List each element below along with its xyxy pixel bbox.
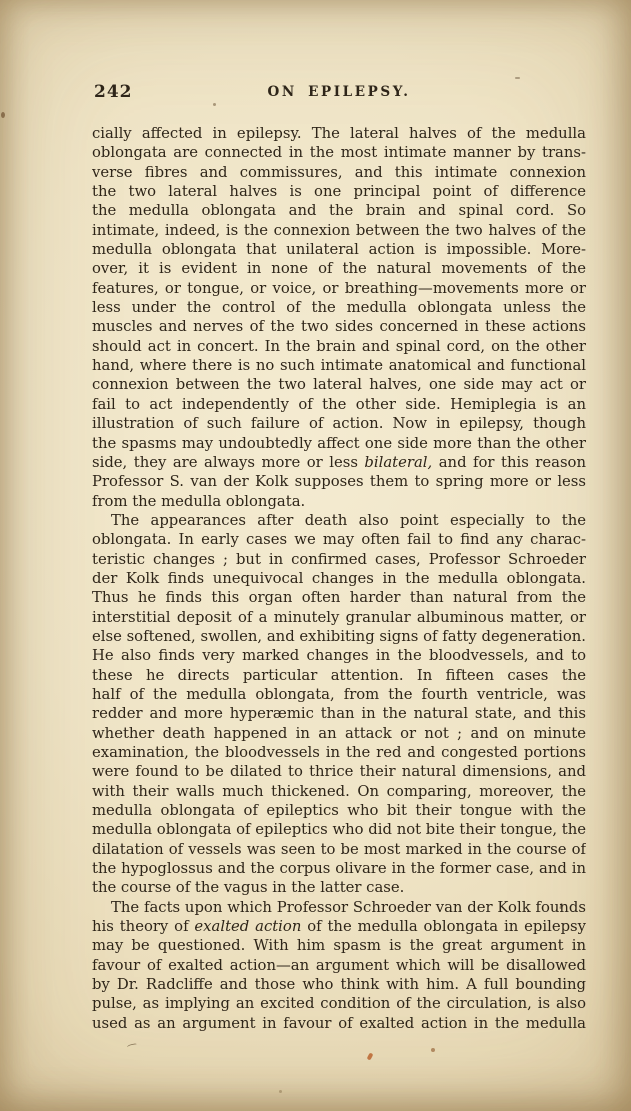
text-segment: medulla oblongata that unilateral action…	[92, 241, 586, 258]
paper-stain	[367, 1052, 374, 1060]
text-segment: muscles and nerves of the two sides conc…	[92, 318, 586, 335]
text-line: medulla oblongata of epileptics who did …	[92, 820, 586, 839]
text-line: teristic changes ; but in confirmed case…	[92, 550, 586, 569]
text-segment: should act in concert. In the brain and …	[92, 338, 586, 355]
text-segment: verse fibres and commissures, and this i…	[92, 164, 586, 182]
text-line: the two lateral halves is one principal …	[92, 182, 586, 201]
text-line: hand, where there is no such intimate an…	[92, 356, 586, 375]
text-line: should act in concert. In the brain and …	[92, 337, 586, 356]
paper-speck	[431, 1048, 435, 1052]
italic-text: bilateral,	[364, 454, 432, 471]
text-line: fail to act independently of the other s…	[92, 395, 586, 414]
text-line: favour of exalted action—an argument whi…	[92, 956, 586, 975]
text-line: may be questioned. With him spasm is the…	[92, 936, 586, 955]
text-segment: cially affected in epilepsy. The lateral…	[92, 125, 586, 142]
text-line: Professor S. van der Kolk supposes them …	[92, 472, 586, 491]
text-line: the course of the vagus in the latter ca…	[92, 878, 586, 897]
text-segment: Professor S. van der Kolk supposes them …	[92, 473, 586, 490]
text-segment: teristic changes ; but in confirmed case…	[92, 551, 586, 569]
page-header: 242 ON EPILEPSY.	[92, 82, 586, 124]
page-text: cially affected in epilepsy. The lateral…	[92, 124, 586, 1033]
text-segment: hand, where there is no such intimate an…	[92, 357, 586, 374]
text-line: with their walls much thickened. On comp…	[92, 782, 586, 801]
text-segment: The facts upon which Professor Schroeder…	[111, 899, 586, 916]
text-segment: The appearances after death also point e…	[92, 512, 586, 530]
text-segment: and for this reason	[432, 454, 586, 471]
text-line: muscles and nerves of the two sides conc…	[92, 317, 586, 336]
text-segment: features, or tongue, or voice, or breath…	[92, 280, 586, 297]
text-line: over, it is evident in none of the natur…	[92, 259, 586, 278]
text-line: oblongata are connected in the most inti…	[92, 143, 586, 162]
paper-squiggle	[127, 1043, 138, 1049]
text-segment: may be questioned. With him spasm is the…	[92, 937, 586, 954]
text-segment: the two lateral halves is one principal …	[92, 183, 586, 201]
text-line: the hypoglossus and the corpus olivare i…	[92, 859, 586, 878]
text-line: redder and more hyperæmic than in the na…	[92, 704, 586, 723]
text-line: his theory of exalted action of the medu…	[92, 917, 586, 936]
text-segment: the medulla oblongata and the brain and …	[92, 202, 586, 219]
text-line: The appearances after death also point e…	[92, 511, 586, 530]
text-line: used as an argument in favour of exalted…	[92, 1014, 586, 1033]
text-segment: medulla oblongata of epileptics who bit …	[92, 802, 586, 819]
text-segment: pulse, as implying an excited condition …	[92, 995, 586, 1012]
paragraph: The appearances after death also point e…	[92, 511, 586, 898]
text-line: less under the control of the medulla ob…	[92, 298, 586, 317]
text-line: cially affected in epilepsy. The lateral…	[92, 124, 586, 143]
running-title: ON EPILEPSY.	[92, 84, 586, 100]
text-segment: whether death happened in an attack or n…	[92, 725, 586, 742]
text-segment: the course of the vagus in the latter ca…	[92, 879, 404, 896]
italic-text: exalted action	[194, 918, 301, 935]
text-segment: half of the medulla oblongata, from the …	[92, 686, 586, 703]
text-segment: Thus he finds this organ often harder th…	[92, 589, 586, 606]
text-line: The facts upon which Professor Schroeder…	[92, 898, 586, 917]
text-segment: his theory of	[92, 918, 194, 935]
text-line: intimate, indeed, is the connexion betwe…	[92, 221, 586, 240]
paper-speck	[279, 1090, 282, 1093]
text-segment: favour of exalted action—an argument whi…	[92, 957, 586, 974]
paragraph: cially affected in epilepsy. The lateral…	[92, 124, 586, 511]
text-line: whether death happened in an attack or n…	[92, 724, 586, 743]
text-line: He also finds very marked changes in the…	[92, 646, 586, 665]
text-segment: dilatation of vessels was seen to be mos…	[92, 841, 586, 858]
text-segment: by Dr. Radcliffe and those who think wit…	[92, 976, 586, 993]
text-segment: oblongata are connected in the most inti…	[92, 144, 586, 161]
text-line: Thus he finds this organ often harder th…	[92, 588, 586, 607]
text-segment: else softened, swollen, and exhibiting s…	[92, 628, 586, 645]
text-segment: der Kolk finds unequivocal changes in th…	[92, 570, 586, 587]
text-line: side, they are always more or less bilat…	[92, 453, 586, 472]
text-line: der Kolk finds unequivocal changes in th…	[92, 569, 586, 588]
text-segment: illustration of such failure of action. …	[92, 415, 586, 432]
text-line: oblongata. In early cases we may often f…	[92, 530, 586, 549]
text-line: from the medulla oblongata.	[92, 492, 586, 511]
text-segment: the hypoglossus and the corpus olivare i…	[92, 860, 586, 877]
paper-speck	[515, 77, 520, 79]
text-segment: over, it is evident in none of the natur…	[92, 260, 586, 277]
text-segment: intimate, indeed, is the connexion betwe…	[92, 222, 586, 239]
text-line: pulse, as implying an excited condition …	[92, 994, 586, 1013]
text-segment: from the medulla oblongata.	[92, 493, 305, 510]
text-line: these he directs particular attention. I…	[92, 666, 586, 685]
text-line: by Dr. Radcliffe and those who think wit…	[92, 975, 586, 994]
text-line: were found to be dilated to thrice their…	[92, 762, 586, 781]
text-segment: oblongata. In early cases we may often f…	[92, 531, 586, 548]
text-segment: these he directs particular attention. I…	[92, 667, 586, 685]
text-line: illustration of such failure of action. …	[92, 414, 586, 433]
text-line: half of the medulla oblongata, from the …	[92, 685, 586, 704]
text-segment: medulla oblongata of epileptics who did …	[92, 821, 586, 838]
text-segment: of the medulla oblongata in epilepsy	[301, 918, 586, 935]
text-line: the spasms may undoubtedly affect one si…	[92, 434, 586, 453]
text-line: else softened, swollen, and exhibiting s…	[92, 627, 586, 646]
text-segment: were found to be dilated to thrice their…	[92, 763, 586, 780]
text-segment: with their walls much thickened. On comp…	[92, 783, 586, 800]
text-line: features, or tongue, or voice, or breath…	[92, 279, 586, 298]
text-segment: redder and more hyperæmic than in the na…	[92, 705, 586, 722]
text-segment: connexion between the two lateral halves…	[92, 376, 586, 393]
text-segment: less under the control of the medulla ob…	[92, 299, 586, 316]
text-line: interstitial deposit of a minutely granu…	[92, 608, 586, 627]
text-segment: used as an argument in favour of exalted…	[92, 1015, 586, 1032]
text-segment: fail to act independently of the other s…	[92, 396, 586, 413]
text-line: verse fibres and commissures, and this i…	[92, 163, 586, 182]
text-segment: interstitial deposit of a minutely granu…	[92, 609, 586, 626]
text-line: medulla oblongata that unilateral action…	[92, 240, 586, 259]
paper-speck	[1, 112, 5, 118]
text-line: medulla oblongata of epileptics who bit …	[92, 801, 586, 820]
text-line: examination, the bloodvessels in the red…	[92, 743, 586, 762]
text-segment: side, they are always more or less	[92, 454, 364, 471]
text-segment: He also finds very marked changes in the…	[92, 647, 586, 664]
text-line: the medulla oblongata and the brain and …	[92, 201, 586, 220]
text-line: connexion between the two lateral halves…	[92, 375, 586, 394]
text-segment: examination, the bloodvessels in the red…	[92, 744, 586, 761]
book-page: 242 ON EPILEPSY. cially affected in epil…	[92, 82, 586, 1033]
text-line: dilatation of vessels was seen to be mos…	[92, 840, 586, 859]
paragraph: The facts upon which Professor Schroeder…	[92, 898, 586, 1033]
text-segment: the spasms may undoubtedly affect one si…	[92, 435, 586, 452]
